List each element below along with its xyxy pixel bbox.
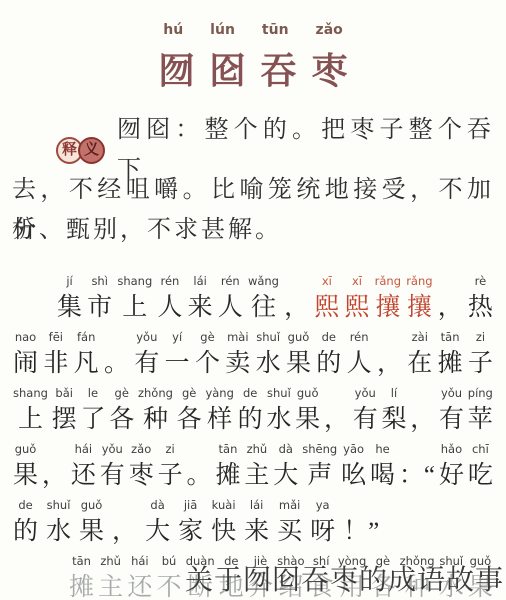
ruby-token: shuǐ水: [256, 330, 281, 380]
ruby-token: shēng声: [302, 442, 337, 492]
ruby-token: xī熙: [314, 274, 339, 324]
pinyin-text: de: [18, 498, 32, 515]
hanzi-text: 个: [195, 347, 220, 380]
hanzi-text: 往: [251, 291, 276, 324]
pinyin-text: chī: [472, 442, 489, 459]
pinyin-text: hái: [131, 554, 149, 571]
pinyin-text: rén: [161, 274, 180, 291]
ruby-token: hái还: [71, 442, 96, 492]
ruby-token: mǎi买: [277, 498, 302, 548]
title-pinyin-syllable: tūn: [262, 22, 289, 38]
hanzi-text: 非: [43, 347, 68, 380]
hanzi-text: 的: [238, 403, 263, 436]
hanzi-text: 有: [353, 403, 378, 436]
punct-token: ，: [42, 442, 67, 492]
hanzi-text: 卖: [225, 347, 250, 380]
ruby-token: yàng样: [205, 386, 233, 436]
pinyin-text: de: [322, 330, 336, 347]
pinyin-text: zhǔ: [100, 554, 121, 571]
pinyin-text: hǎo: [441, 442, 462, 459]
punct-token: ，: [377, 330, 402, 380]
hanzi-text: 水: [256, 347, 281, 380]
ruby-token: guǒ果: [295, 386, 320, 436]
pinyin-text: tān: [219, 442, 238, 459]
pinyin-text: jí: [66, 274, 72, 291]
ruby-token: rén人: [347, 330, 372, 380]
ruby-token: de的: [13, 498, 38, 548]
definition-line: 去，不经咀嚼。比喻笼统地接受，不加分: [12, 170, 494, 210]
ruby-token: chī吃: [468, 442, 493, 492]
hanzi-text: 果: [13, 459, 38, 492]
pinyin-text: guǒ: [81, 498, 103, 515]
pinyin-text: zhǒng: [138, 386, 173, 403]
pinyin-text: shuǐ: [256, 330, 280, 347]
hanzi-text: 上: [18, 403, 43, 436]
hanzi-text: 。: [187, 459, 212, 492]
hanzi-text: 子: [468, 347, 493, 380]
story-line: guǒ果，hái还yǒu有zǎo枣zi子。tān摊zhǔ主dà大shēng声yā…: [13, 436, 493, 492]
ruby-token: rén人: [218, 274, 243, 324]
hanzi-text: 。: [104, 347, 129, 380]
hanzi-text: 果: [79, 515, 104, 548]
hanzi-text: 不: [157, 571, 182, 600]
ruby-token: nao闹: [13, 330, 38, 380]
pinyin-text: he: [375, 442, 389, 459]
ruby-token: xī熙: [344, 274, 369, 324]
hanzi-text: 家: [178, 515, 203, 548]
ruby-token: guǒ果: [286, 330, 311, 380]
book-page: húlúntūnzǎo 囫囵吞枣 释 义 囫囵：整个的。把枣子整个吞下 去，不经…: [0, 0, 506, 600]
ruby-token: he喝: [370, 442, 395, 492]
ruby-token: lái来: [244, 498, 269, 548]
pinyin-text: nao: [15, 330, 36, 347]
hanzi-text: 声: [307, 459, 332, 492]
page-title: 囫囵吞枣: [15, 43, 506, 94]
pinyin-text: yāo: [343, 442, 364, 459]
ruby-token: le了: [80, 386, 105, 436]
punct-token: ！”: [343, 498, 379, 548]
pinyin-text: yǒu: [136, 330, 157, 347]
ruby-token: zi子: [158, 442, 183, 492]
ruby-token: shang上: [13, 386, 48, 436]
hanzi-text: 好: [439, 459, 464, 492]
title-pinyin: húlúntūnzǎo: [0, 22, 506, 38]
pinyin-text: xī: [322, 274, 332, 291]
pinyin-text: rǎng: [406, 274, 432, 291]
definition-line: 析、甄别，不求甚解。: [12, 210, 494, 250]
hanzi-text: 人: [157, 291, 182, 324]
pinyin-text: guǒ: [297, 386, 319, 403]
hanzi-text: 上: [122, 291, 147, 324]
pinyin-text: rè: [475, 274, 487, 291]
ruby-token: zhǔ主: [244, 442, 269, 492]
ruby-token: guǒ果: [13, 442, 38, 492]
hanzi-text: 还: [71, 459, 96, 492]
pinyin-text: tān: [441, 330, 460, 347]
ruby-token: dà大: [273, 442, 298, 492]
hanzi-text: 了: [80, 403, 105, 436]
caption-overlay: 关于囫囵吞枣的成语故事: [185, 558, 504, 598]
hanzi-text: 大: [145, 515, 170, 548]
hanzi-text: 闹: [13, 347, 38, 380]
ruby-token: yǒu有: [353, 386, 378, 436]
ruby-token: zhǒng种: [138, 386, 173, 436]
ruby-token: lái来: [188, 274, 213, 324]
definition-section: 释 义 囫囵：整个的。把枣子整个吞下 去，不经咀嚼。比喻笼统地接受，不加分 析、…: [12, 130, 494, 250]
pinyin-text: rén: [350, 330, 369, 347]
ruby-token: de的: [238, 386, 263, 436]
hanzi-text: 热: [468, 291, 493, 324]
hanzi-text: 熙: [344, 291, 369, 324]
hanzi-text: 主: [98, 571, 123, 600]
pinyin-text: le: [88, 386, 98, 403]
hanzi-text: ！”: [343, 515, 379, 548]
pinyin-text: zài: [412, 330, 428, 347]
hanzi-text: 摊: [438, 347, 463, 380]
pinyin-text: shì: [91, 274, 107, 291]
hanzi-text: 攘: [375, 291, 400, 324]
pinyin-text: zi: [166, 442, 175, 459]
seal-right-circle: 义: [78, 137, 105, 164]
pinyin-text: shuǐ: [267, 386, 291, 403]
hanzi-text: ，: [284, 291, 309, 324]
hanzi-text: 各: [109, 403, 134, 436]
hanzi-text: 果: [295, 403, 320, 436]
pinyin-text: shuǐ: [47, 498, 71, 515]
punct-token: 。: [104, 330, 129, 380]
ruby-token: kuài快: [211, 498, 236, 548]
pinyin-text: rén: [221, 274, 240, 291]
title-pinyin-syllable: lún: [210, 22, 235, 38]
punct-token: ，: [438, 274, 463, 324]
ruby-token: zǎo枣: [129, 442, 154, 492]
hanzi-text: 市: [87, 291, 112, 324]
ruby-token: yǒu有: [100, 442, 125, 492]
pinyin-text: wǎng: [248, 274, 279, 291]
ruby-token: yí一: [165, 330, 190, 380]
hanzi-text: ，: [42, 459, 67, 492]
hanzi-text: ，: [377, 347, 402, 380]
hanzi-text: 水: [266, 403, 291, 436]
pinyin-text: dà: [150, 498, 164, 515]
hanzi-text: 苹: [468, 403, 493, 436]
pinyin-text: zi: [476, 330, 485, 347]
ruby-token: de的: [316, 330, 341, 380]
hanzi-text: 的: [316, 347, 341, 380]
ruby-token: rén人: [157, 274, 182, 324]
pinyin-text: píng: [468, 386, 493, 403]
pinyin-text: shang: [13, 386, 48, 403]
pinyin-text: mài: [227, 330, 248, 347]
definition-line: 释 义 囫囵：整个的。把枣子整个吞下: [12, 130, 494, 170]
hanzi-text: ：“: [399, 459, 435, 492]
hanzi-text: 人: [218, 291, 243, 324]
pinyin-text: gè: [115, 386, 129, 403]
hanzi-text: 枣: [129, 459, 154, 492]
pinyin-text: shang: [117, 274, 152, 291]
pinyin-text: kuài: [212, 498, 236, 515]
hanzi-text: 在: [407, 347, 432, 380]
ruby-token: wǎng往: [248, 274, 279, 324]
hanzi-text: 一: [165, 347, 190, 380]
ruby-token: dà大: [145, 498, 170, 548]
ruby-token: shang上: [117, 274, 152, 324]
pinyin-text: mǎi: [279, 498, 300, 515]
pinyin-text: fēi: [49, 330, 63, 347]
pinyin-text: lí: [391, 386, 397, 403]
pinyin-text: bǎi: [55, 386, 73, 403]
pinyin-text: de: [243, 386, 257, 403]
ruby-token: jiā家: [178, 498, 203, 548]
ruby-token: zhǔ主: [98, 554, 123, 600]
ruby-token: fán凡: [74, 330, 99, 380]
hanzi-text: 主: [244, 459, 269, 492]
ruby-token: rǎng攘: [375, 274, 401, 324]
hanzi-text: ，: [324, 403, 349, 436]
ruby-token: hǎo好: [439, 442, 464, 492]
punct-token: ：“: [399, 442, 435, 492]
hanzi-text: 来: [244, 515, 269, 548]
ruby-token: píng苹: [468, 386, 493, 436]
ruby-token: gè各: [177, 386, 202, 436]
ruby-token: yāo吆: [341, 442, 366, 492]
ruby-token: yǒu有: [439, 386, 464, 436]
hanzi-text: 凡: [74, 347, 99, 380]
pinyin-text: gè: [200, 330, 214, 347]
title-pinyin-syllable: hú: [163, 22, 183, 38]
ruby-token: hái还: [127, 554, 152, 600]
ruby-token: lí梨: [381, 386, 406, 436]
hanzi-text: ，: [112, 515, 137, 548]
punct-token: ，: [284, 274, 309, 324]
pinyin-text: bú: [162, 554, 177, 571]
ruby-token: fēi非: [43, 330, 68, 380]
hanzi-text: ，: [410, 403, 435, 436]
pinyin-text: tān: [72, 554, 91, 571]
pinyin-text: yàng: [205, 386, 233, 403]
hanzi-text: 熙: [314, 291, 339, 324]
hanzi-text: 买: [277, 515, 302, 548]
ruby-token: ya呀: [310, 498, 335, 548]
hanzi-text: 有: [439, 403, 464, 436]
pinyin-text: guǒ: [15, 442, 37, 459]
ruby-token: zi子: [468, 330, 493, 380]
ruby-token: rǎng攘: [406, 274, 432, 324]
hanzi-text: 快: [211, 515, 236, 548]
pinyin-text: hái: [75, 442, 93, 459]
hanzi-text: 摆: [52, 403, 77, 436]
punct-token: 。: [187, 442, 212, 492]
hanzi-text: 梨: [381, 403, 406, 436]
ruby-token: jí集: [57, 274, 82, 324]
ruby-token: gè各: [109, 386, 134, 436]
story: jí集shì市shang上rén人lái来rén人wǎng往，xī熙xī熙rǎn…: [13, 268, 493, 600]
ruby-token: shuǐ水: [46, 498, 71, 548]
punct-token: ，: [324, 386, 349, 436]
ruby-token: bǎi摆: [52, 386, 77, 436]
pinyin-text: lái: [193, 274, 206, 291]
pinyin-text: shēng: [302, 442, 337, 459]
pinyin-text: fán: [77, 330, 95, 347]
pinyin-text: zhǔ: [247, 442, 268, 459]
hanzi-text: 来: [188, 291, 213, 324]
hanzi-text: 呀: [310, 515, 335, 548]
hanzi-text: 有: [134, 347, 159, 380]
ruby-token: guǒ果: [79, 498, 104, 548]
pinyin-text: gè: [182, 386, 196, 403]
story-line: de的shuǐ水guǒ果，dà大jiā家kuài快lái来mǎi买ya呀！”: [13, 492, 493, 548]
hanzi-text: 吃: [468, 459, 493, 492]
ruby-token: yǒu有: [134, 330, 159, 380]
hanzi-text: 的: [13, 515, 38, 548]
punct-token: ，: [112, 498, 137, 548]
ruby-token: shì市: [87, 274, 112, 324]
hanzi-text: 摊: [215, 459, 240, 492]
punct-token: ，: [410, 386, 435, 436]
hanzi-text: 人: [347, 347, 372, 380]
hanzi-text: 吆: [341, 459, 366, 492]
pinyin-text: lái: [250, 498, 263, 515]
ruby-token: zài在: [407, 330, 432, 380]
pinyin-text: jiā: [184, 498, 197, 515]
hanzi-text: ，: [438, 291, 463, 324]
title-block: húlúntūnzǎo 囫囵吞枣: [0, 22, 506, 94]
hanzi-text: 集: [57, 291, 82, 324]
pinyin-text: yǒu: [102, 442, 123, 459]
shiyi-seal-icon: 释 义: [56, 137, 105, 164]
hanzi-text: 还: [127, 571, 152, 600]
hanzi-text: 大: [273, 459, 298, 492]
hanzi-text: 攘: [407, 291, 432, 324]
hanzi-text: 种: [143, 403, 168, 436]
ruby-token: gè个: [195, 330, 220, 380]
pinyin-text: yǒu: [355, 386, 376, 403]
ruby-token: shuǐ水: [266, 386, 291, 436]
ruby-token: rè热: [468, 274, 493, 324]
hanzi-text: 摊: [69, 571, 94, 600]
ruby-token: mài卖: [225, 330, 250, 380]
pinyin-text: yí: [172, 330, 182, 347]
hanzi-text: 子: [158, 459, 183, 492]
pinyin-text: dà: [279, 442, 293, 459]
pinyin-text: xī: [352, 274, 362, 291]
hanzi-text: 果: [286, 347, 311, 380]
pinyin-text: ya: [316, 498, 330, 515]
hanzi-text: 各: [177, 403, 202, 436]
story-line: jí集shì市shang上rén人lái来rén人wǎng往，xī熙xī熙rǎn…: [13, 268, 493, 324]
hanzi-text: 样: [207, 403, 232, 436]
pinyin-text: yǒu: [441, 386, 462, 403]
story-line: shang上bǎi摆le了gè各zhǒng种gè各yàng样de的shuǐ水gu…: [13, 380, 493, 436]
hanzi-text: 水: [46, 515, 71, 548]
ruby-token: tān摊: [69, 554, 94, 600]
hanzi-text: 有: [100, 459, 125, 492]
title-pinyin-syllable: zǎo: [316, 22, 343, 38]
hanzi-text: 喝: [370, 459, 395, 492]
pinyin-text: rǎng: [375, 274, 401, 291]
ruby-token: tān摊: [438, 330, 463, 380]
pinyin-text: zǎo: [131, 442, 151, 459]
ruby-token: bú不: [157, 554, 182, 600]
pinyin-text: guǒ: [288, 330, 310, 347]
story-line: nao闹fēi非fán凡。yǒu有yí一gè个mài卖shuǐ水guǒ果de的r…: [13, 324, 493, 380]
ruby-token: tān摊: [215, 442, 240, 492]
